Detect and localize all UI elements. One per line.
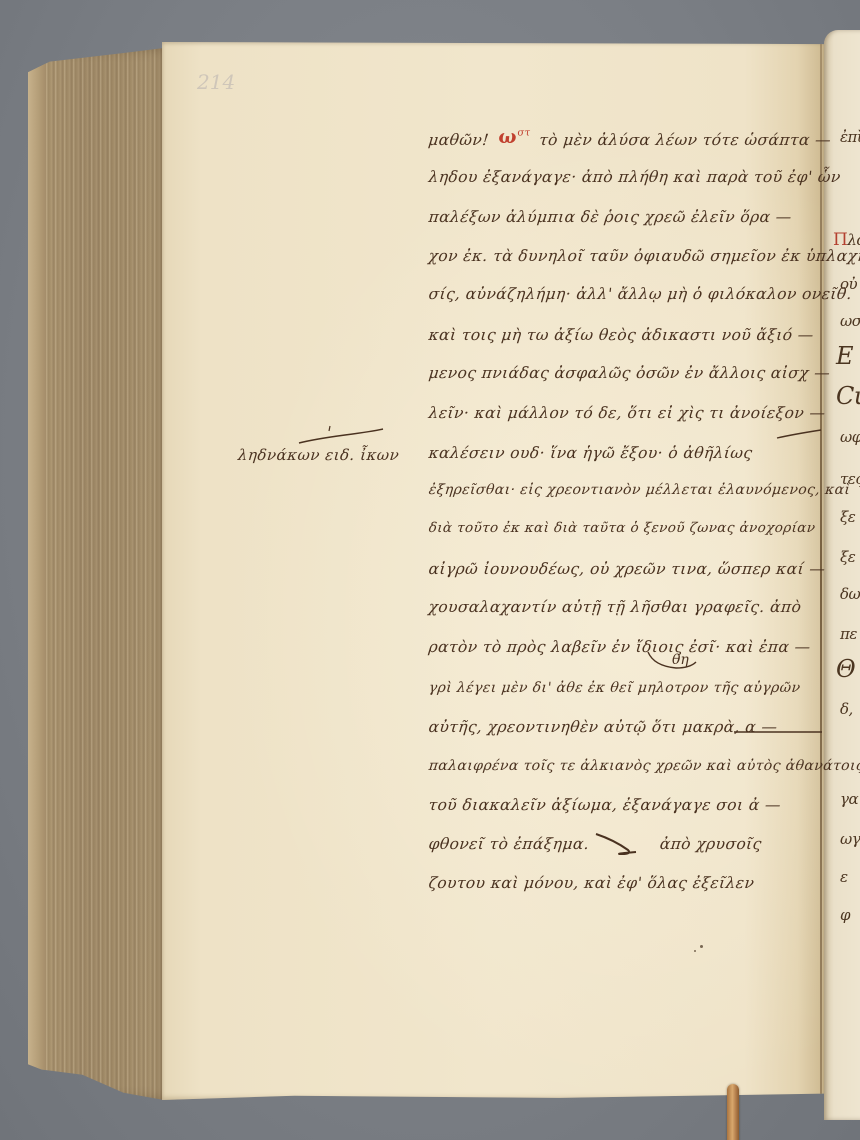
recto-line: δ, [840,700,853,718]
manuscript-photo: ἐπὶ Πλα οὐ τ ωσ Ε Cu ωφ τες ξε ξε δω πε … [0,0,860,1140]
recto-line: πε [840,625,857,643]
interlinear-correction: θη [672,652,689,668]
text-line-20: ζουτου καὶ μόνου, καὶ ἐφ' ὅλας ἐξεῖλεν [426,874,755,904]
faint-page-number: 214 [197,70,235,94]
recto-line: Cu [836,382,860,410]
recto-line: γα [840,790,858,808]
text-line-18: τοῦ διακαλεῖν ἀξίωμα, ἐξανάγαγε σοι ἀ — [426,796,781,826]
text-line-19: φθονεῖ τὸ ἐπάξημα. ἀπὸ χρυσοῖς [426,835,762,865]
text-line-2: ληδου ἐξανάγαγε· ἀπὸ πλήθη καὶ παρὰ τοῦ … [426,168,841,198]
recto-line: δω [840,585,860,603]
marginal-note: ληδνάκων ειδ. ἶκων [237,446,400,464]
recto-line: ωφ [840,428,860,446]
recto-line: φ [840,906,850,924]
recto-line: ξε [840,548,855,566]
text-line-8: λεῖν· καὶ μάλλον τό δε, ὅτι εἰ χὶς τι ἀν… [426,404,826,434]
book-fore-edge [28,48,164,1100]
rubric-omega: ωστ [497,126,531,148]
text-line-15: γρὶ λέγει μὲν δι' ἀθε ἐκ θεῖ μηλοτρον τῆ… [426,680,801,710]
text-line-12: αἰγρῶ ἰουνουδέως, οὐ χρεῶν τινα, ὥσπερ κ… [426,560,826,590]
text-line-7: μενος πνιάδας ἀσφαλῶς ὀσῶν ἐν ἄλλοις αἰσ… [426,364,831,394]
recto-line: ωγ [840,830,860,848]
text-line-17: παλαιφρένα τοῖς τε ἀλκιανὸς χρεῶν καὶ αὐ… [426,758,860,788]
wooden-stick [727,1084,739,1140]
text-line-10: ἐξηρεῖσθαι· εἰς χρεοντιανὸν μέλλεται ἐλα… [426,482,851,512]
recto-line: Ε [836,342,853,370]
text-line-14: ρατὸν τὸ πρὸς λαβεῖν ἐν ἴδιοις ἐσῖ· καὶ … [426,638,811,668]
text-line-11: διὰ τοῦτο ἐκ καὶ διὰ ταῦτα ὁ ξενοῦ ζωνας… [426,520,816,550]
text-line-3: παλέξων ἀλύμπια δὲ ῥοις χρεῶ ἐλεῖν ὅρα — [426,208,792,238]
text-line-5: σίς, αὐνάζηλήμη· ἀλλ' ἄλλῳ μὴ ὁ φιλόκαλο… [426,285,852,315]
text-line-6: καὶ τοις μὴ τω ἀξίω θεὸς ἀδικαστι νοῦ ἄξ… [426,326,814,356]
text-line-4: χον ἐκ. τὰ δυνηλοῖ ταῦν ὀφιαυδῶ σημεῖον … [426,247,860,277]
recto-line: Θ [836,655,855,683]
recto-line: ἐπὶ [840,128,860,146]
text-line-9: καλέσειν ουδ· ἵνα ἡγῶ ἔξου· ὁ ἀθῆλίως [426,444,753,474]
text-line-13: χουσαλαχαντίν αὐτῇ τῇ λῆσθαι γραφεῖς. ἀπ… [426,598,802,628]
text-line-1: μαθῶν! ωστ τὸ μὲν ἀλύσα λέων τότε ὡσάπτα… [426,128,832,158]
binding-edge [28,48,46,1100]
text-line-16: αὐτῆς, χρεοντινηθὲν αὐτῷ ὅτι μακρὰ, α — [426,718,778,748]
recto-line: ε [840,868,848,886]
